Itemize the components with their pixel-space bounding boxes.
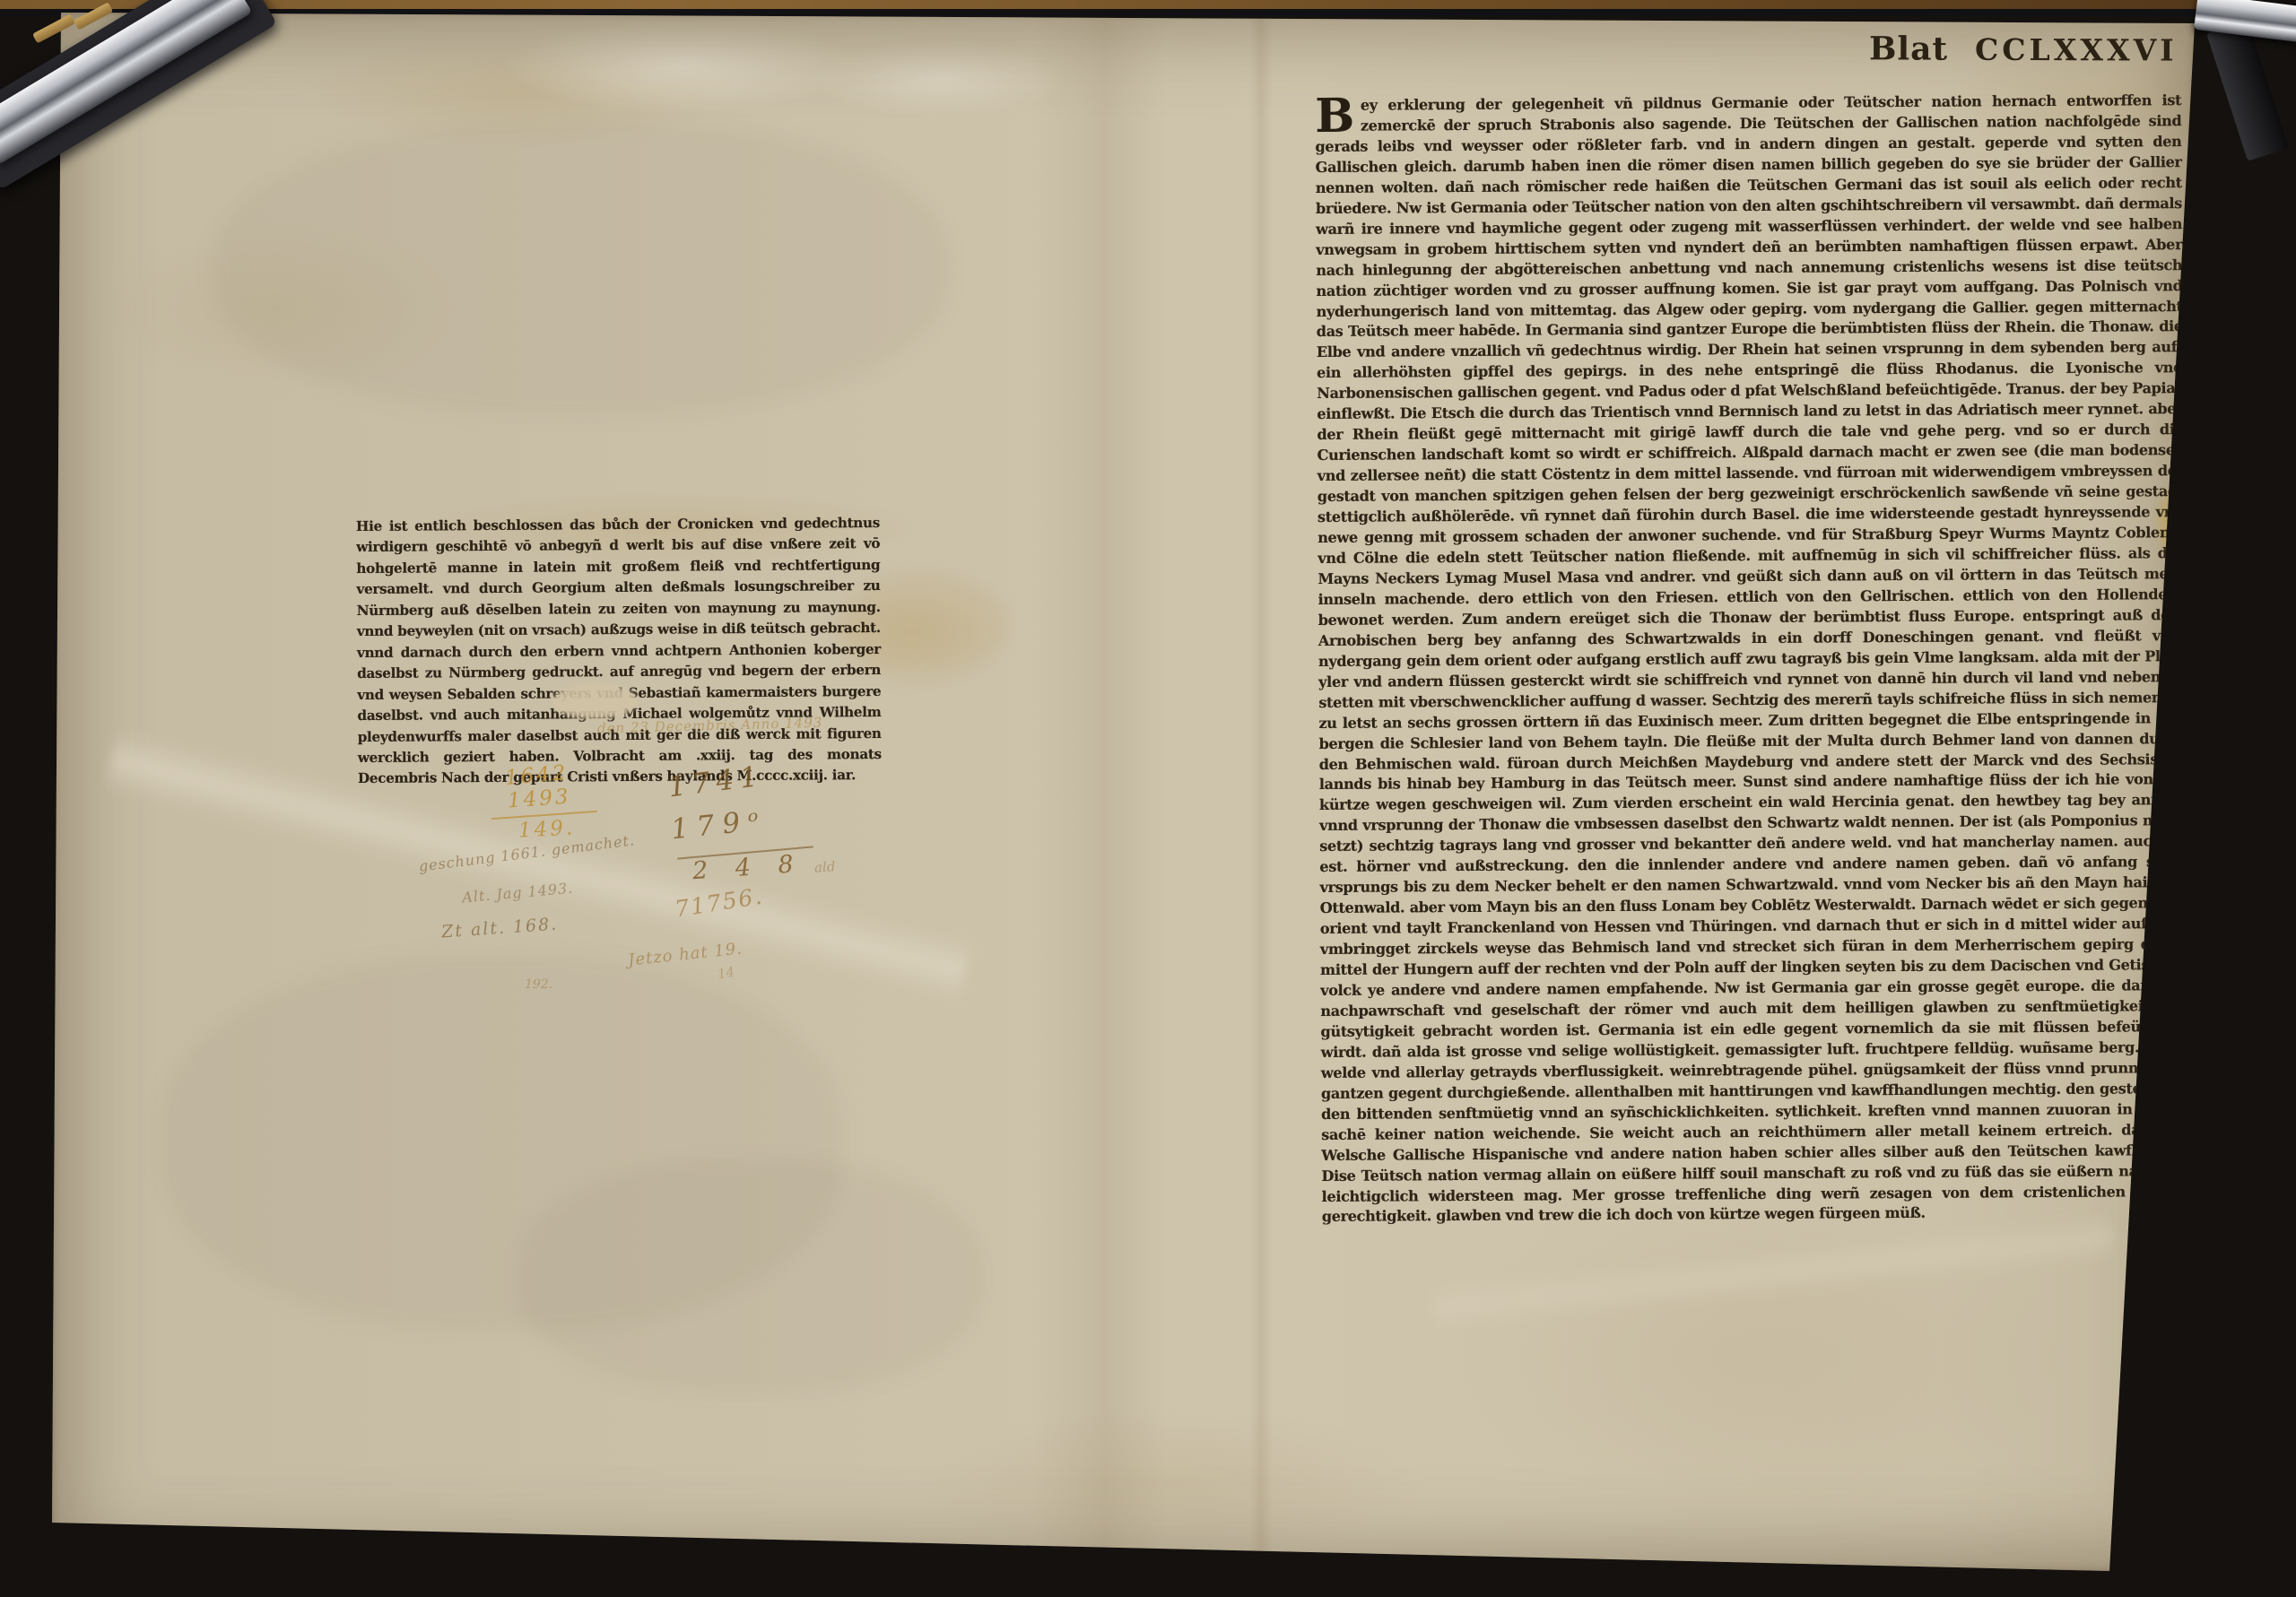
handwritten-year: 179ᵒ bbox=[669, 803, 768, 846]
handwritten-number: 14 bbox=[717, 963, 736, 982]
ink-damage-patch bbox=[552, 683, 638, 719]
metal-clip-right-arm bbox=[2206, 20, 2289, 161]
sheet-seam-shading bbox=[1249, 13, 1273, 1571]
colophon-text: Hie ist entlich beschlossen das bůch der… bbox=[356, 513, 882, 790]
folio-number: CCLXXXVI bbox=[1975, 32, 2178, 68]
folio-label: Blat bbox=[1869, 30, 1948, 67]
show-through-ghost bbox=[213, 120, 949, 416]
handwritten-note: Zt alt. 168. bbox=[440, 914, 559, 942]
body-paragraph: ey erklerung der gelegenheit vñ pildnus … bbox=[1315, 91, 2187, 1225]
drop-cap-initial: B bbox=[1315, 96, 1361, 135]
show-through-ghost bbox=[518, 1160, 985, 1393]
handwritten-year: 1493 bbox=[507, 785, 571, 813]
page-sheet: Blat CCLXXXVI Hie ist entlich beschlosse… bbox=[52, 13, 2195, 1571]
center-fold-shading bbox=[1031, 13, 1166, 1571]
chronicle-body-text: Bey erklerung der gelegenheit vñ pildnus… bbox=[1315, 91, 2188, 1228]
handwritten-number: 192. bbox=[525, 977, 552, 992]
photo-backdrop: Blat CCLXXXVI Hie ist entlich beschlosse… bbox=[0, 0, 2296, 1597]
handwritten-difference: 149. bbox=[517, 816, 575, 842]
paper-crease bbox=[1432, 1214, 2115, 1330]
folio-heading: Blat CCLXXXVI bbox=[1869, 30, 2178, 68]
handwritten-note: ald bbox=[813, 858, 836, 876]
